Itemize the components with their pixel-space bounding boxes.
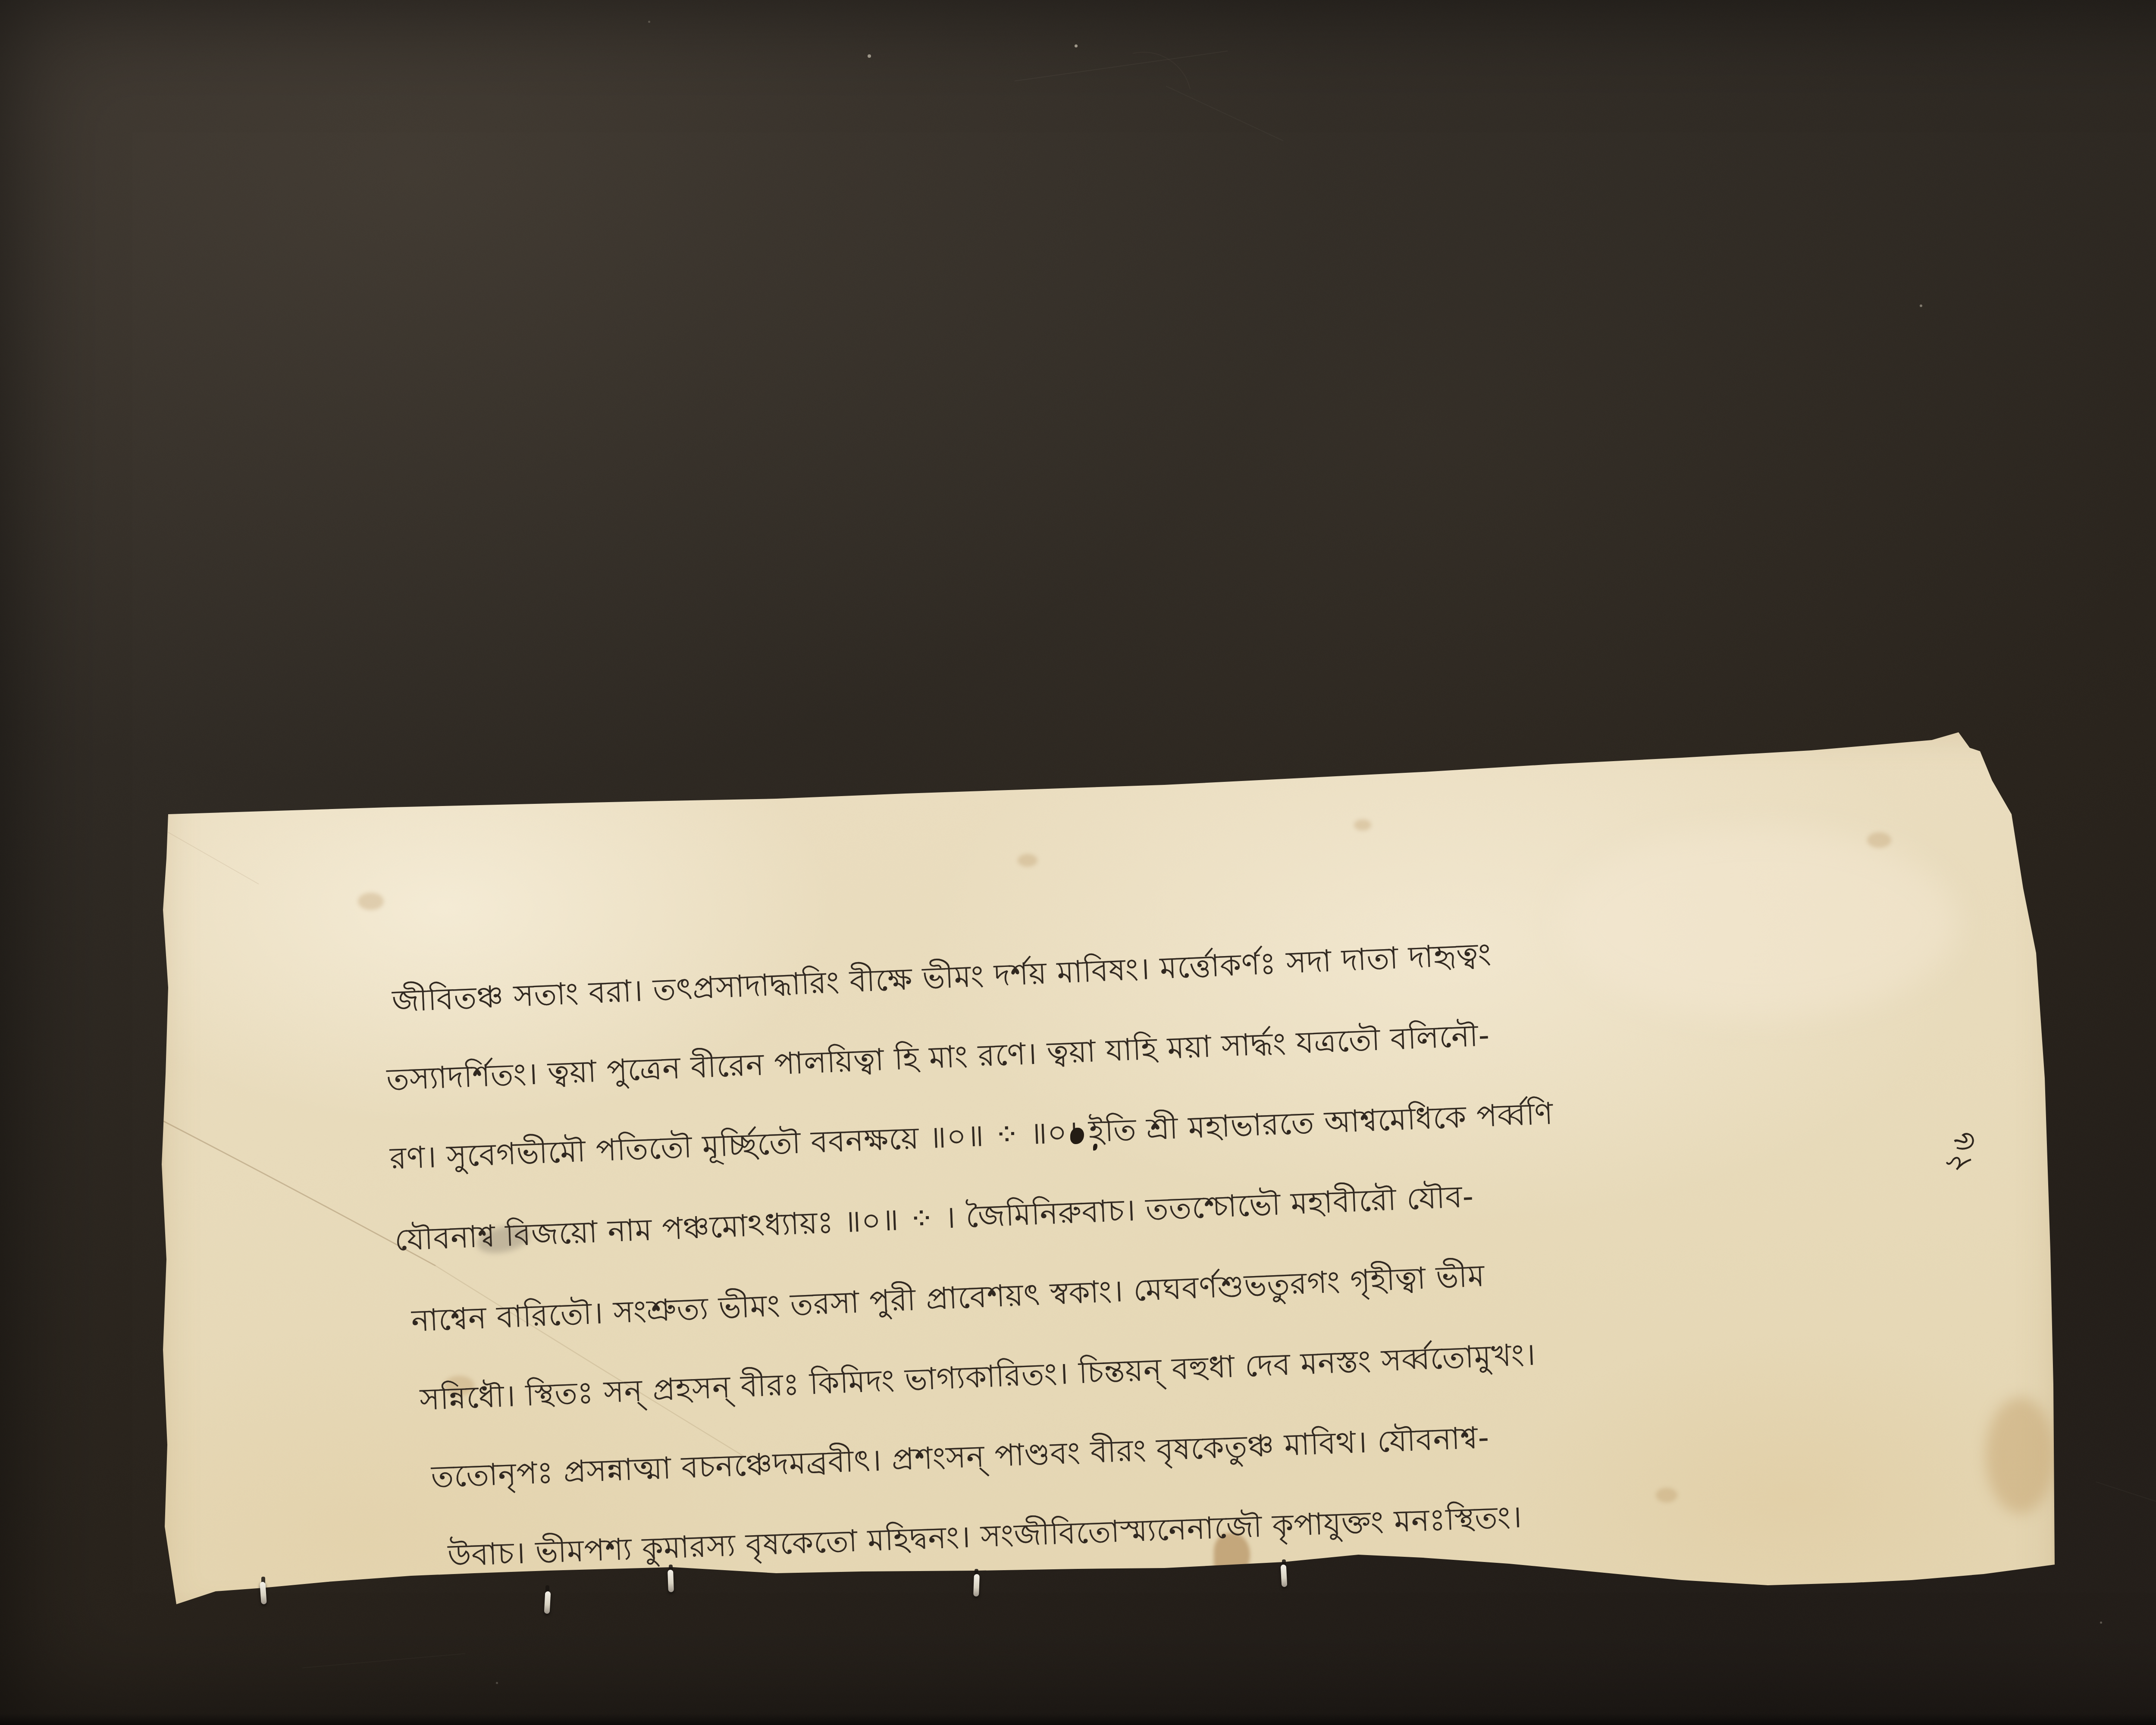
fox-spot — [1018, 854, 1037, 867]
manuscript-page: জীবিতঞ্চ সতাং বরা। তৎপ্রসাদাদ্ধারিং বীক্… — [160, 729, 2057, 1621]
dust-speck — [1075, 44, 1078, 47]
fox-spot — [1867, 832, 1891, 848]
board-scratch — [1077, 34, 1210, 167]
dust-speck — [1920, 304, 1922, 307]
board-bottom-shade — [0, 1714, 2156, 1725]
binding-pin — [667, 1570, 674, 1592]
fox-spot — [1354, 819, 1371, 831]
dust-speck — [496, 1682, 498, 1684]
stain — [1986, 1397, 2055, 1514]
fox-spot — [358, 893, 384, 910]
text-block: জীবিতঞ্চ সতাং বরা। তৎপ্রসাদাদ্ধারিং বীক্… — [382, 896, 1976, 1601]
board-scratch — [302, 1653, 466, 1668]
binding-pin — [544, 1591, 551, 1614]
binding-pin — [973, 1574, 980, 1596]
dust-speck — [2100, 1621, 2102, 1624]
dust-speck — [648, 21, 650, 23]
board-scratch — [2096, 1481, 2156, 1538]
photo-backdrop: জীবিতঞ্চ সতাং বরা। তৎপ্রসাদাদ্ধারিং বীক্… — [0, 0, 2156, 1725]
binding-pin — [1281, 1565, 1288, 1587]
dust-speck — [868, 54, 871, 58]
